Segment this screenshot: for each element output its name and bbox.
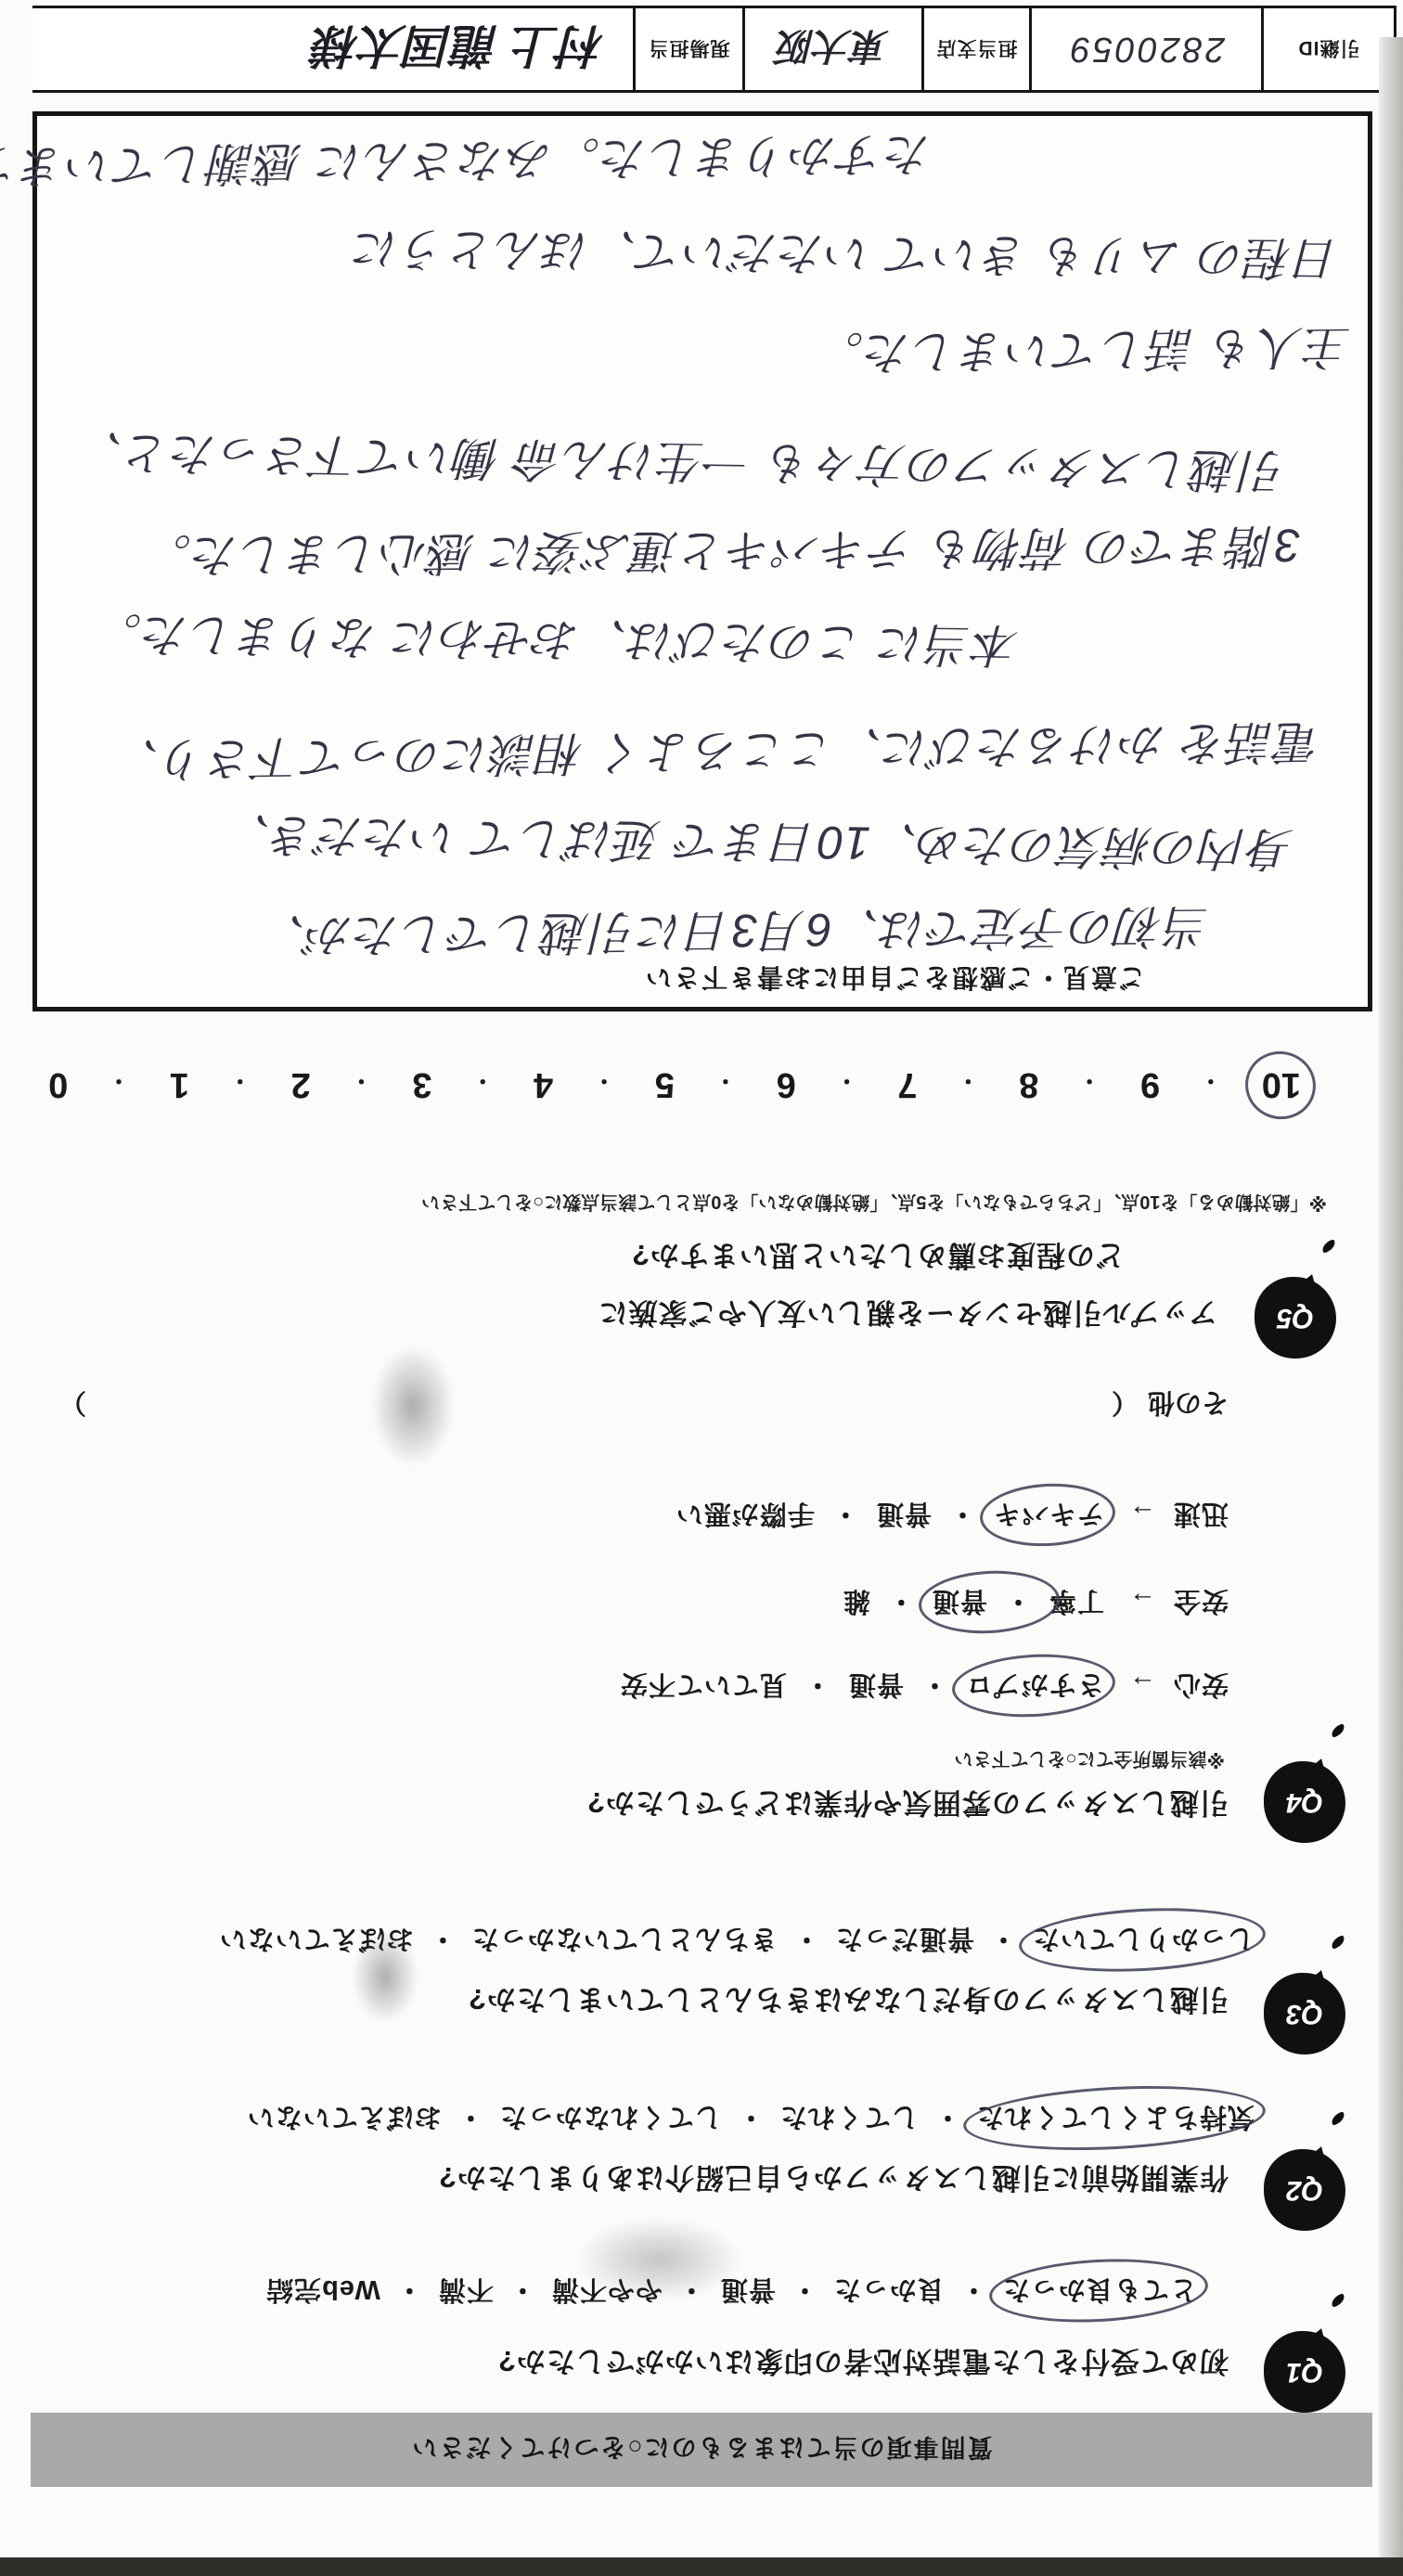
q3-option: 普通だった [835, 1922, 1032, 1960]
branch-value: 東大阪 [742, 8, 921, 90]
q4-row-anshin: 安心→さすがプロ普通見ていて不安 [620, 1668, 1229, 1706]
handwritten-line: たすかりました。みなさんに 感謝しています。 [0, 123, 932, 204]
q1-option-selected: とても良かった [1002, 2273, 1197, 2311]
q4-row3-option-selected: テキパキ [993, 1497, 1104, 1535]
q4-row2-option-selected: 普通 [932, 1584, 1049, 1622]
branch-label: 担当支店 [921, 8, 1029, 90]
scale-dot [471, 1064, 494, 1104]
q4-row2-option: 雑 [843, 1584, 932, 1622]
instruction-bar-text: 質問事項の当てはまるものに○をつけてください [410, 2432, 992, 2468]
instruction-bar: 質問事項の当てはまるものに○をつけてください [31, 2413, 1372, 2487]
q5-rating-scale: 10 9 8 7 6 5 4 3 2 1 0 [48, 1064, 1301, 1104]
arrow-right-icon: → [1128, 1499, 1156, 1528]
handwritten-line: 電話を かけるたびに、こころよく 相談にのって下さり、 [111, 712, 1322, 797]
q5-question-line2: どの程度お薦めしたいと思いますか? [631, 1237, 1125, 1279]
q1-bubble-label: Q1 [1286, 2356, 1323, 2388]
q5-question-line1: アップル引越センターを親しい友人やご家族に [599, 1294, 1217, 1336]
arrow-right-icon: → [1128, 1669, 1156, 1699]
customer-name-handwritten: 村上 龍国太様 [32, 8, 633, 90]
q1-bubble-icon: Q1 [1264, 2331, 1345, 2413]
comment-box: ご意見・ご感想をご自由にお書き下さい 当初の予定では、6月3日に引越しでしたが、… [32, 111, 1372, 1011]
q2-question: 作業開始前に引越しスタッフから自己紹介はありましたか? [438, 2159, 1229, 2201]
q5-bubble-icon: Q5 [1255, 1277, 1336, 1359]
q4-question: 引越しスタッフの雰囲気や作業はどうでしたか? [586, 1784, 1229, 1826]
q4-other-close-paren [59, 1385, 86, 1423]
q4-row-jinsoku: 迅速→テキパキ普通手際が悪い [676, 1497, 1229, 1535]
q4-row1-option: 普通 [848, 1668, 965, 1706]
q4-row3-option: 普通 [876, 1497, 993, 1535]
q1-option: 普通 [720, 2273, 833, 2311]
scale-dot [108, 1064, 130, 1104]
scale-dot [351, 1064, 373, 1104]
q4-row3-option: 手際が悪い [676, 1497, 876, 1535]
scale-dot [229, 1064, 251, 1104]
scale-1: 1 [170, 1064, 189, 1104]
q3-option: きちんとしていなかった [471, 1922, 835, 1960]
q3-option-selected: しっかりしていた [1032, 1922, 1255, 1960]
q4-other-blank-field [86, 1385, 1112, 1423]
scale-6: 6 [777, 1064, 796, 1104]
q2-options: 気持ちよくしてくれたしてくれたしてくれなかったおぼえていない [247, 2100, 1255, 2138]
q4-row-anzen: 安全→丁寧普通雑 [843, 1584, 1229, 1622]
q1-option: 不満 [438, 2273, 551, 2311]
scale-4: 4 [534, 1064, 553, 1104]
handwritten-line: 本当に このたびは、おせわに なりました。 [94, 604, 1020, 682]
scale-9: 9 [1140, 1064, 1160, 1104]
scale-2: 2 [291, 1064, 311, 1104]
survey-page-rotated-180: 質問事項の当てはまるものに○をつけてください Q1 初めて受付をした電話対応者の… [0, 0, 1403, 2576]
q4-note: ※該当箇所全てに○をして下さい [954, 1747, 1225, 1774]
q1-question: 初めて受付をした電話対応者の印象はいかがでしたか? [497, 2343, 1229, 2385]
handwritten-line: 身内の病気のため、10日まで 延ばして いただき、 [223, 805, 1294, 886]
scale-dot [836, 1064, 858, 1104]
q3-bubble-label: Q3 [1286, 1998, 1323, 2029]
arrow-right-icon: → [1128, 1586, 1156, 1616]
handover-id-strip: 引継ID 2820059 担当支店 東大阪 現場担当 村上 龍国太様 [32, 6, 1397, 93]
q4-row-label: 迅速 [1173, 1499, 1229, 1528]
q4-bubble-icon: Q4 [1264, 1761, 1345, 1843]
scan-edge-shadow-right [1379, 37, 1403, 2576]
scale-dot [957, 1064, 979, 1104]
handwritten-line: 引越しスタッフの方々も 一生けん命 働いて下さったと、 [75, 422, 1287, 508]
q1-option: 良かった [833, 2273, 1002, 2311]
pencil-smudge [575, 2218, 742, 2301]
q5-bubble-label: Q5 [1277, 1302, 1314, 1333]
pencil-smudge [353, 1930, 418, 2023]
q4-row-label: 安全 [1173, 1586, 1229, 1616]
scale-dot [593, 1064, 615, 1104]
q2-bubble-icon: Q2 [1264, 2149, 1345, 2231]
q5-note: ※「絶対勧める」を10点、「どちらでもない」を5点、「絶対勧めない」を0点として… [421, 1191, 1327, 1217]
q4-other-label: その他 [1112, 1385, 1229, 1423]
q4-row-label: 安心 [1173, 1669, 1229, 1699]
scale-0: 0 [48, 1064, 68, 1104]
scale-7: 7 [897, 1064, 917, 1104]
scale-5: 5 [655, 1064, 675, 1104]
q4-row1-option-selected: さすがプロ [965, 1668, 1104, 1706]
handover-id-value: 2820059 [1029, 8, 1261, 90]
q2-option: おぼえていない [247, 2100, 499, 2138]
pencil-smudge [371, 1346, 455, 1466]
q1-option: Web完結 [265, 2273, 438, 2311]
q2-option: してくれた [779, 2100, 976, 2138]
scan-edge-seam-bottom [0, 2557, 1403, 2576]
q3-bubble-icon: Q3 [1264, 1973, 1345, 2054]
q2-option: してくれなかった [499, 2100, 779, 2138]
scale-dot [1078, 1064, 1101, 1104]
scale-dot [1200, 1064, 1222, 1104]
q4-row1-option: 見ていて不安 [620, 1668, 848, 1706]
site-manager-label: 現場担当 [633, 8, 742, 90]
scale-dot [714, 1064, 737, 1104]
scale-3: 3 [412, 1064, 431, 1104]
handwritten-line: 日程の ムリも きいて いただいて、ほんとうに [353, 218, 1340, 295]
q3-option: おぼえていない [219, 1922, 471, 1960]
scanned-survey-sheet: 質問事項の当てはまるものに○をつけてください Q1 初めて受付をした電話対応者の… [0, 0, 1403, 2576]
handwritten-line: 主人も 話していました。 [817, 316, 1352, 390]
q3-question: 引越しスタッフの身だしなみはきちんとしていましたか? [468, 1981, 1229, 2023]
handwritten-line: 当初の予定では、6月3日に引越しでしたが、 [258, 896, 1211, 973]
handwritten-line: 3階までの 荷物も テキパキと運ぶ姿に 感心しました。 [144, 516, 1301, 593]
q4-bubble-label: Q4 [1286, 1786, 1323, 1818]
q4-other-row: その他 [59, 1385, 1229, 1423]
scale-10-selected: 10 [1262, 1064, 1301, 1104]
handover-id-label: 引継ID [1261, 8, 1397, 90]
scale-8: 8 [1019, 1064, 1038, 1104]
q2-bubble-label: Q2 [1286, 2174, 1323, 2206]
q2-option-selected: 気持ちよくしてくれた [976, 2100, 1255, 2138]
